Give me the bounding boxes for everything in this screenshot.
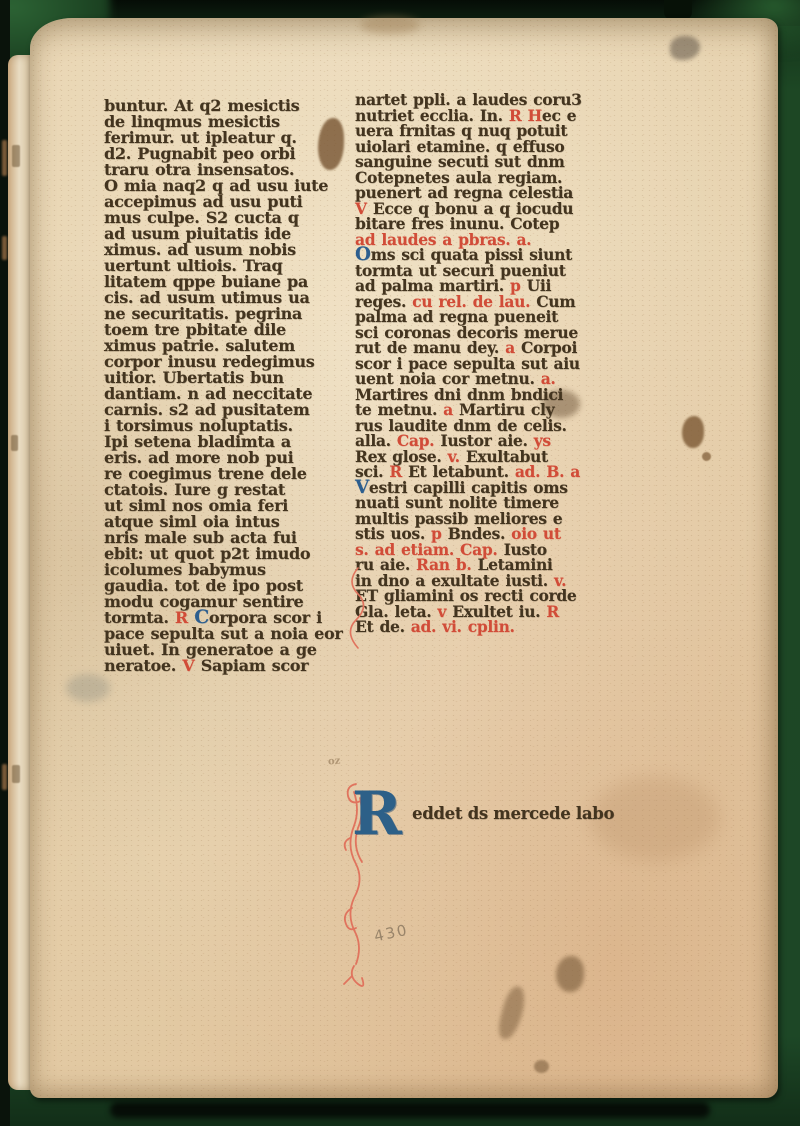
small-spot-stain [534,1060,549,1073]
manuscript-text-line: pace sepulta sut a noia eor [104,623,343,639]
manuscript-text-line: carnis. s2 ad pusitatem [104,399,343,415]
manuscript-text-line: tormta ut securi pueniut [355,261,582,277]
manuscript-text-line: O mia naq2 q ad usu iute [104,175,343,191]
manuscript-text-line: multis passib meliores e [355,509,582,525]
brown-spot-stain [702,452,711,461]
illuminated-initial: R [352,786,402,843]
manuscript-text-line: te metnu. a Martiru cly [355,400,582,416]
manuscript-text-line: Vestri capilli capitis oms [355,478,582,494]
manuscript-text-line: uertunt ultiois. Traq [104,255,343,271]
elongated-stain [496,984,528,1041]
manuscript-text-line: d2. Pugnabit peo orbi [104,143,343,159]
spine-page-edge-mark [2,764,7,790]
text-run: R [546,602,559,621]
manuscript-text-line: ut siml nos omia feri [104,495,343,511]
manuscript-text-line: re coegimus trene dele [104,463,343,479]
manuscript-text-line: ebit: ut quot p2t imudo [104,543,343,559]
manuscript-text-line: mus culpe. S2 cucta q [104,207,343,223]
manuscript-text-line: ru aie. Ran b. Letamini [355,555,582,571]
manuscript-text-line: Ipi setena bladimta a [104,431,343,447]
manuscript-text-line: nuati sunt nolite timere [355,493,582,509]
manuscript-text-line: ximus. ad usum nobis [104,239,343,255]
brown-spot-stain [682,416,704,448]
manuscript-text-line: Cotepnetes aula regiam. [355,168,582,184]
manuscript-text-line: Rex glose. v. Exultabut [355,447,582,463]
manuscript-text-line: ad usum piuitatis ide [104,223,343,239]
manuscript-text-line: modu cogamur sentire [104,591,343,607]
book-cover-strap [664,0,692,20]
smudge-stain [670,36,700,60]
manuscript-text-line: traru otra insensatos. [104,159,343,175]
manuscript-text-line: rus laudite dnm de celis. [355,416,582,432]
text-run: ad. vi. cplin. [411,617,515,636]
bleedthrough-mark [12,145,20,167]
manuscript-text-line: nris male sub acta fui [104,527,343,543]
manuscript-text-line: uiolari etamine. q effuso [355,137,582,153]
spine-page-edge-mark [2,236,7,260]
manuscript-text-line: uiuet. In generatoe a ge [104,639,343,655]
marginal-scribble: oz [328,755,341,767]
manuscript-text-line: nartet ppli. a laudes coru3 [355,90,582,106]
manuscript-text-line: puenert ad regna celestia [355,183,582,199]
text-run: neratoe. [104,656,182,675]
manuscript-text-line: bitare fres inunu. Cotep [355,214,582,230]
manuscript-text-line: ad palma martiri. p Uii [355,276,582,292]
text-column-left: buntur. At q2 mesictisde linqmus mesicti… [104,95,343,671]
initial-line-text: eddet ds mercede labo [412,804,614,823]
manuscript-text-line: corpor inusu redegimus [104,351,343,367]
manuscript-text-line: Oms sci quata pissi siunt [355,245,582,261]
gray-margin-smudge [66,674,110,702]
text-run: Et de. [355,617,411,636]
page-bottom-shadow [110,1102,710,1118]
manuscript-text-line: dantiam. n ad neccitate [104,383,343,399]
manuscript-text-line: de linqmus mesictis [104,111,343,127]
manuscript-text-line: reges. cu rel. de lau. Cum [355,292,582,308]
manuscript-text-line: ferimur. ut ipleatur q. [104,127,343,143]
top-edge-smear [360,16,420,34]
text-run: V [182,656,200,675]
manuscript-text-line: uera frnitas q nuq potuit [355,121,582,137]
manuscript-text-line: tormta. R Corpora scor i [104,607,343,623]
bleedthrough-mark [12,765,20,783]
manuscript-text-line: in dno a exultate iusti. v. [355,571,582,587]
manuscript-text-line: gaudia. tot de ipo post [104,575,343,591]
dark-oval-stain [556,956,584,992]
manuscript-text-line: eris. ad more nob pui [104,447,343,463]
manuscript-text-line: neratoe. V Sapiam scor [104,655,343,671]
manuscript-text-line: alla. Cap. Iustor aie. ys [355,431,582,447]
manuscript-text-line: sci. R Et letabunt. ad. B. a [355,462,582,478]
manuscript-text-line: buntur. At q2 mesictis [104,95,343,111]
manuscript-text-line: litatem qppe buiane pa [104,271,343,287]
manuscript-photo: { "document": { "kind": "medieval manusc… [0,0,800,1126]
manuscript-text-line: sci coronas decoris merue [355,323,582,339]
manuscript-text-line: rut de manu dey. a Corpoi [355,338,582,354]
manuscript-text-line: Gla. leta. v Exultet iu. R [355,602,582,618]
manuscript-text-line: scor i pace sepulta sut aiu [355,354,582,370]
manuscript-text-line: nutriet ecclia. In. R Hec e [355,106,582,122]
manuscript-text-line: toem tre pbitate dile [104,319,343,335]
text-run: Sapiam scor [201,656,309,675]
manuscript-text-line: Martires dni dnm bndici [355,385,582,401]
manuscript-text-line: ET gliamini os recti corde [355,586,582,602]
manuscript-text-line: ximus patrie. salutem [104,335,343,351]
folio-number: 430 [373,921,411,946]
manuscript-text-line: palma ad regna pueneit [355,307,582,323]
manuscript-text-line: stis uos. p Bndes. oio ut [355,524,582,540]
spine-page-edge-mark [2,140,7,176]
manuscript-text-line: V Ecce q bonu a q iocudu [355,199,582,215]
manuscript-text-line: cis. ad usum utimus ua [104,287,343,303]
manuscript-text-line: atque siml oia intus [104,511,343,527]
bleedthrough-mark [11,435,18,451]
manuscript-text-line: sanguine secuti sut dnm [355,152,582,168]
manuscript-text-line: uent noia cor metnu. a. [355,369,582,385]
parchment-page: buntur. At q2 mesictisde linqmus mesicti… [30,18,778,1098]
text-column-right: nartet ppli. a laudes coru3nutriet eccli… [355,90,582,633]
